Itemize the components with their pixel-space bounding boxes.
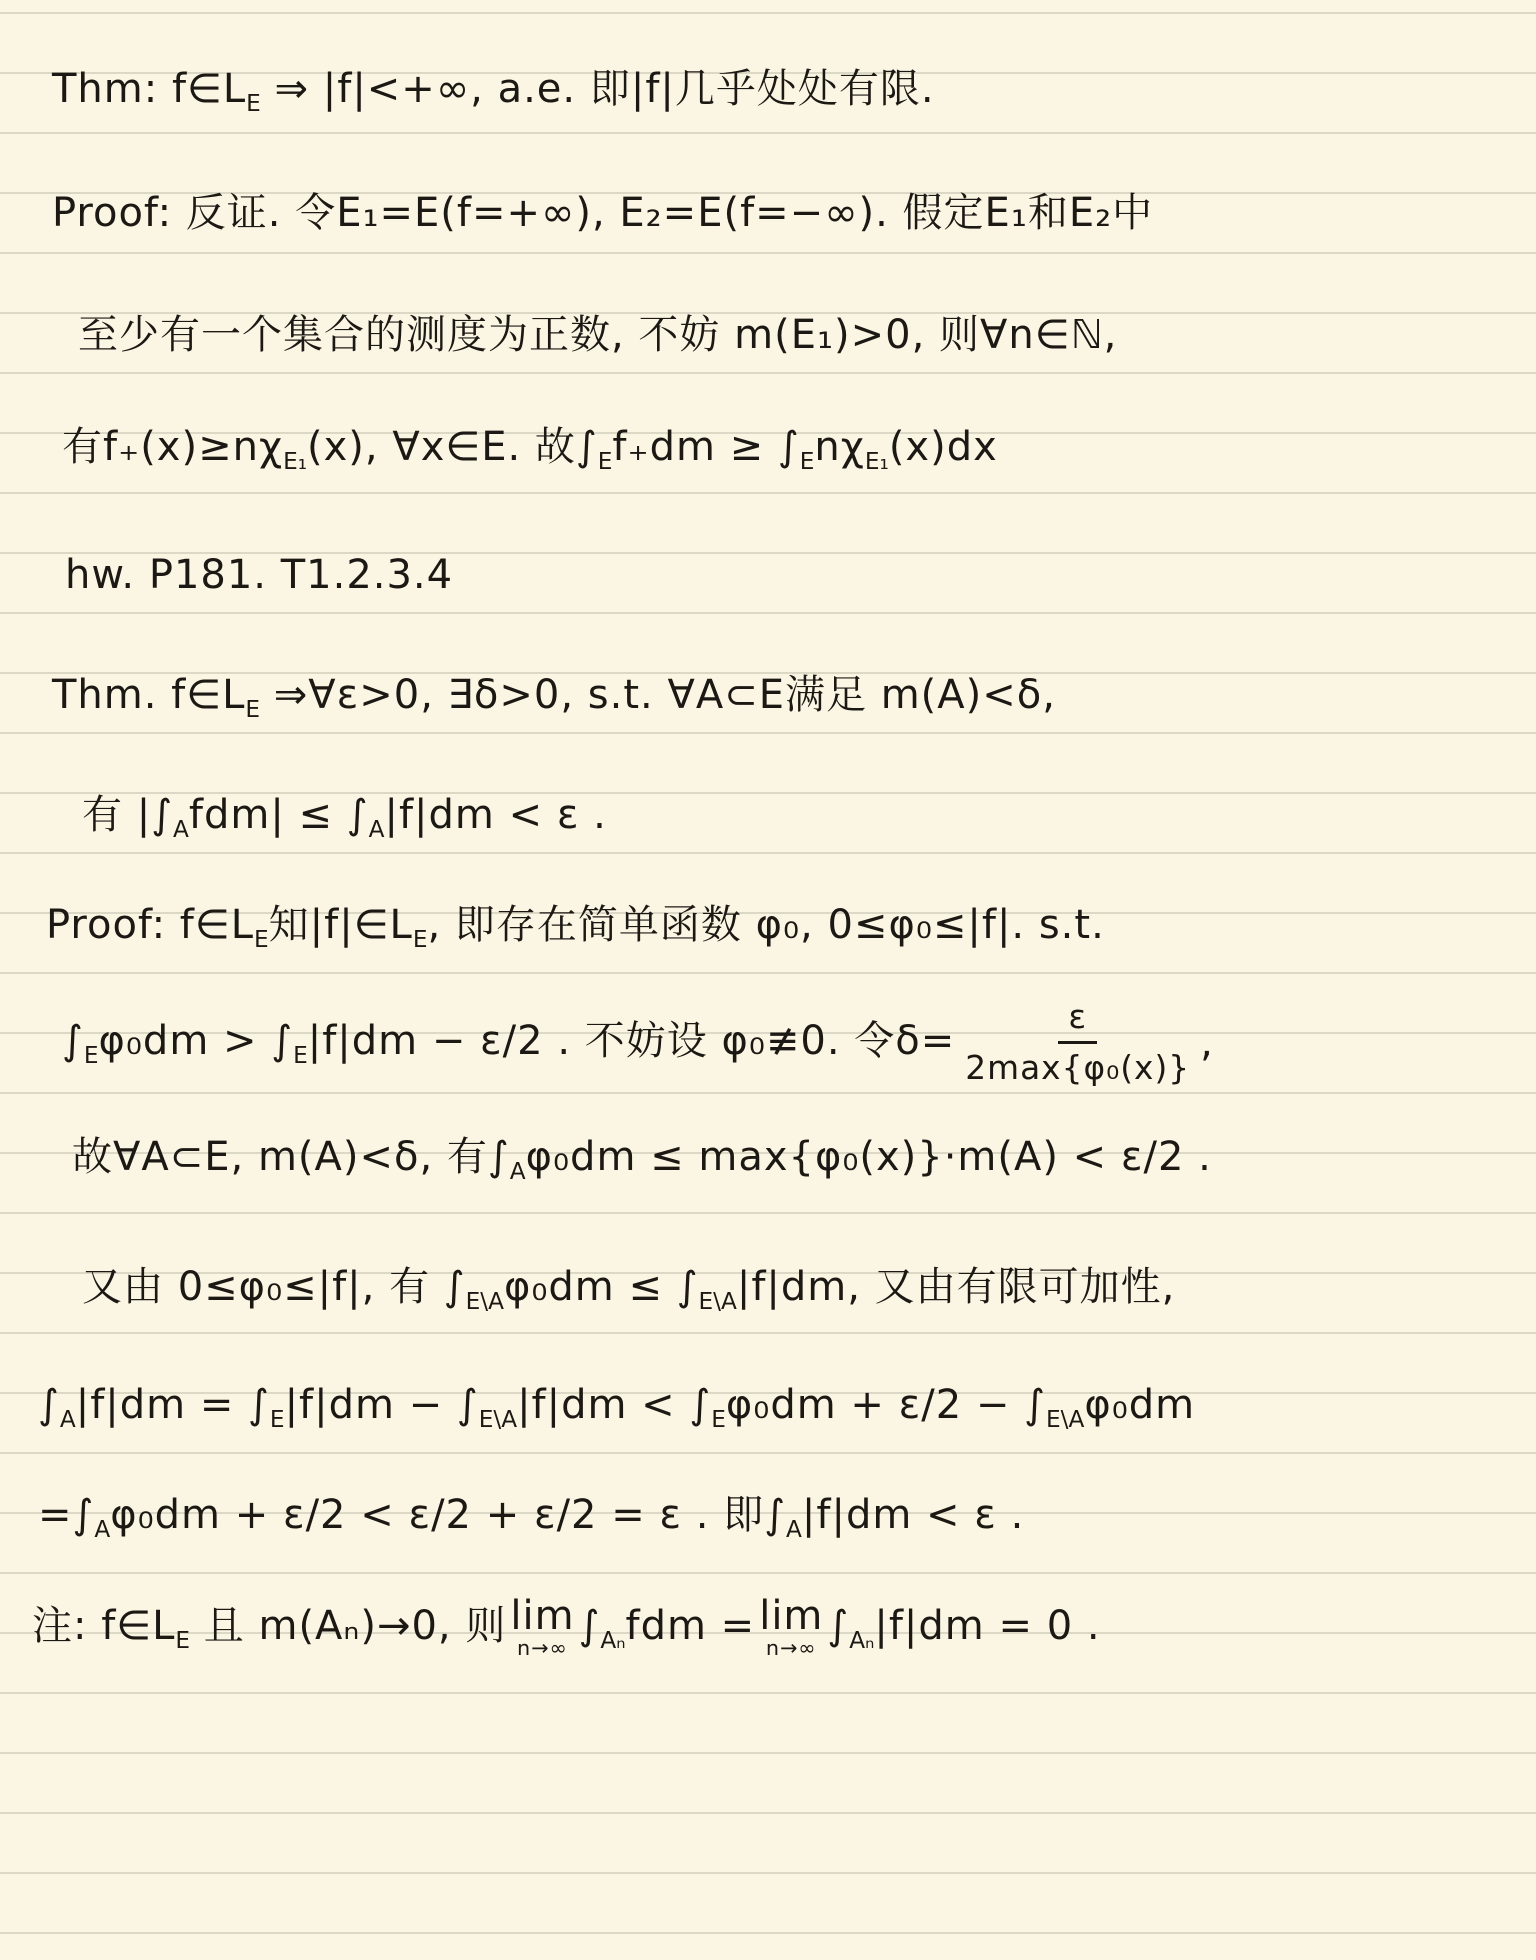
note-line-integral-decomposition: ∫A|f|dm = ∫E|f|dm − ∫E\A|f|dm < ∫Eφ₀dm +… <box>38 1378 1195 1435</box>
limit-label: lim <box>759 1596 823 1636</box>
note-line-proof-contradiction: Proof: 反证. 令E₁=E(f=+∞), E₂=E(f=−∞). 假定E₁… <box>52 186 1153 240</box>
remark-mid: ∫Aₙfdm = <box>579 1599 756 1656</box>
note-line-epsilon-conclusion: =∫Aφ₀dm + ε/2 < ε/2 + ε/2 = ε . 即∫A|f|dm… <box>38 1488 1024 1545</box>
note-line-measure-bound: 故∀A⊂E, m(A)<δ, 有∫Aφ₀dm ≤ max{φ₀(x)}·m(A)… <box>72 1130 1212 1187</box>
notebook-page: Thm: f∈LE ⇒ |f|<+∞, a.e. 即|f|几乎处处有限. Pro… <box>0 0 1536 1960</box>
note-line-integral-bound: 有 |∫Afdm| ≤ ∫A|f|dm < ε . <box>82 788 607 845</box>
limit-subscript: n→∞ <box>517 1638 568 1659</box>
note-line-proof-simple-function: Proof: f∈LE知|f|∈LE, 即存在简单函数 φ₀, 0≤φ₀≤|f|… <box>46 898 1105 955</box>
fraction-numerator: ε <box>1058 995 1097 1044</box>
note-line-remark-limit: 注: f∈LE 且 m(Aₙ)→0, 则 lim n→∞ ∫Aₙfdm = li… <box>32 1596 1101 1659</box>
delta-definition-post: , <box>1200 1016 1214 1070</box>
limit-operator-1: lim n→∞ <box>510 1596 574 1659</box>
remark-pre: 注: f∈LE 且 m(Aₙ)→0, 则 <box>32 1599 506 1656</box>
fraction-denominator: 2max{φ₀(x)} <box>961 1044 1194 1090</box>
fraction-epsilon-over-2max: ε 2max{φ₀(x)} <box>961 995 1194 1091</box>
limit-label: lim <box>510 1596 574 1636</box>
note-line-delta-definition: ∫Eφ₀dm > ∫E|f|dm − ε/2 . 不妨设 φ₀≢0. 令δ= ε… <box>62 995 1214 1091</box>
note-line-positive-measure: 至少有一个集合的测度为正数, 不妨 m(E₁)>0, 则∀n∈ℕ, <box>78 308 1117 362</box>
remark-post: ∫Aₙ|f|dm = 0 . <box>827 1599 1100 1656</box>
note-line-indicator-inequality: 有f₊(x)≥nχE₁(x), ∀x∈E. 故∫Ef₊dm ≥ ∫EnχE₁(x… <box>62 420 998 477</box>
note-line-homework: hw. P181. T1.2.3.4 <box>65 548 453 602</box>
limit-subscript: n→∞ <box>766 1638 817 1659</box>
note-line-finite-additivity: 又由 0≤φ₀≤|f|, 有 ∫E\Aφ₀dm ≤ ∫E\A|f|dm, 又由有… <box>82 1260 1175 1317</box>
note-line-theorem-absolute-continuity: Thm. f∈LE ⇒∀ε>0, ∃δ>0, s.t. ∀A⊂E满足 m(A)<… <box>52 668 1056 725</box>
limit-operator-2: lim n→∞ <box>759 1596 823 1659</box>
note-line-theorem-ae-finite: Thm: f∈LE ⇒ |f|<+∞, a.e. 即|f|几乎处处有限. <box>52 62 935 119</box>
delta-definition-pre: ∫Eφ₀dm > ∫E|f|dm − ε/2 . 不妨设 φ₀≢0. 令δ= <box>62 1014 955 1071</box>
